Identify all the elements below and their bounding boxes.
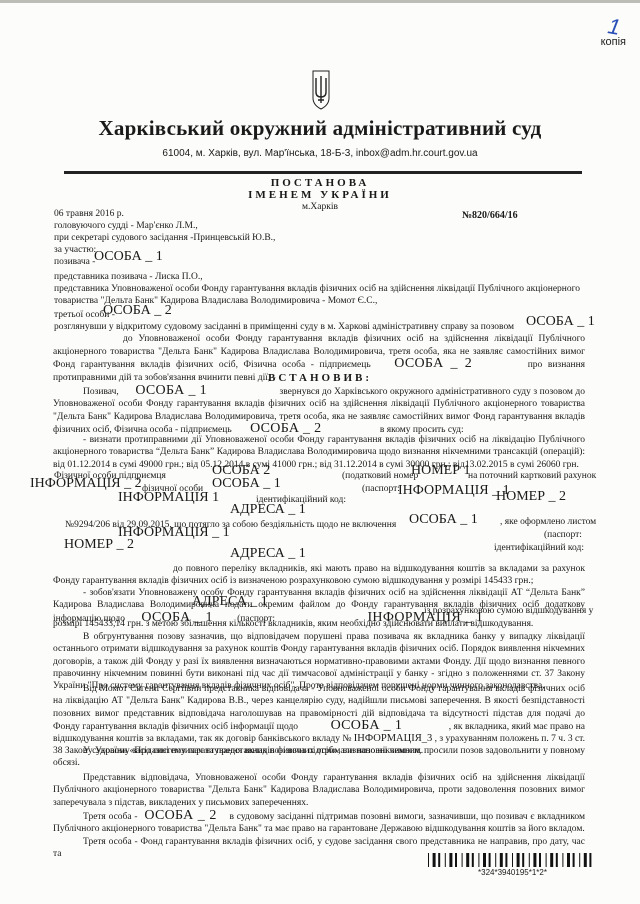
passport-label: (паспорт: — [362, 483, 400, 495]
plaintiff-mask: ОСОБА _ 1 — [94, 249, 163, 265]
id-label-2: ідентифікаційний код: — [494, 542, 584, 554]
p10-start: Третя особа - — [83, 812, 138, 822]
paragraph-amount: розмірі 145433,14 грн. з метою збільшенн… — [53, 618, 533, 630]
p1-start: Позивач, — [83, 387, 119, 397]
passport-label-2: (паспорт: — [544, 529, 582, 541]
paragraph-defendant-rep: Представник відповідача, Уповноваженої о… — [53, 772, 585, 809]
phys-mask: ОСОБА _ 1 — [212, 476, 281, 492]
paragraph-third-party: Третя особа - ОСОБА _ 2 в судовому засід… — [53, 810, 585, 836]
copy-label: копія — [601, 36, 626, 48]
info1-mask-b: ІНФОРМАЦІЯ 1 — [118, 490, 219, 506]
document-type: ПОСТАНОВА — [0, 177, 640, 189]
p4-addr-mask: АДРЕСА _ 1 — [192, 594, 268, 610]
info1-mask-c: ІНФОРМАЦІЯ _ 1 — [118, 525, 230, 541]
trident-emblem-icon — [312, 70, 330, 110]
header-divider — [64, 171, 582, 174]
established-heading: ВСТАНОВИВ: — [0, 372, 640, 384]
tax-mask: НОМЕР 1 — [411, 463, 471, 479]
p10-mask: ОСОБА _ 2 — [144, 808, 216, 823]
in-name-of-ukraine: ІМЕНЕМ УКРАЇНИ — [0, 189, 640, 201]
tax-label: (податковий номер — [342, 470, 418, 482]
paragraph-demand-1: - визнати протиправними дії Уповноважено… — [53, 434, 585, 471]
paragraph-plaintiff-support: У судовому засіданні позивач та представ… — [53, 745, 585, 770]
judge-line: головуючого судді - Мар'єнко Л.М., — [54, 220, 198, 232]
paragraph-claim: Позивач, ОСОБА _ 1 звернувся до Харківсь… — [53, 385, 585, 436]
addr-mask: АДРЕСА _ 1 — [230, 502, 306, 518]
document-page: 1 копія Харківський окружний адміністрат… — [0, 0, 640, 904]
secretary-line: при секретарі судового засідання -Принце… — [54, 232, 275, 244]
plaintiff-rep: представника позивача - Лиска П.О., — [54, 271, 203, 283]
participation-label: за участю: — [54, 244, 96, 256]
case-mask: ОСОБА _ 2 — [394, 356, 472, 371]
plaintiff-label: позивача - — [54, 256, 95, 268]
card-label: на поточний картковий рахунок — [468, 470, 596, 482]
paragraph-depositors: до повного переліку вкладників, які мают… — [53, 563, 585, 588]
considered-mask: ОСОБА _ 1 — [526, 314, 595, 330]
num2-mask: НОМЕР _ 2 — [496, 489, 566, 505]
case-number: №820/664/16 — [462, 210, 518, 221]
court-address: 61004, м. Харків, вул. Мар'їнська, 18-Б-… — [0, 148, 640, 159]
letter-text: №9294/206 від 29.09.2015, що потягло за … — [65, 519, 396, 531]
decision-date: 06 травня 2016 р. — [54, 208, 124, 220]
p1-mask: ОСОБА _ 1 — [135, 383, 207, 398]
p7-info3: ІНФОРМАЦІЯ_3 — [354, 733, 432, 744]
info1-mask-a: ІНФОРМАЦІЯ _ 1 — [398, 483, 510, 499]
considered-line: розглянувши у відкритому судовому засіда… — [54, 321, 514, 333]
letter-label: , яке оформлено листом — [500, 516, 596, 528]
barcode — [428, 853, 594, 867]
defendant-rep-1: представника Уповноваженої особи Фонду г… — [54, 283, 580, 295]
barcode-number: *324*3940195*1*2* — [478, 868, 547, 877]
p7-mask: ОСОБА _ 1 — [331, 718, 403, 733]
letter-mask: ОСОБА _ 1 — [409, 512, 478, 528]
case-body-text: до Уповноваженої особи Фонду гарантуванн… — [53, 334, 585, 370]
p4-sum: із розрахунковою сумою відшкодування у — [424, 605, 593, 617]
third-party-mask: ОСОБА _ 2 — [103, 303, 172, 319]
addr-mask-b: АДРЕСА _ 1 — [230, 546, 306, 562]
num2-mask-b: НОМЕР _ 2 — [64, 537, 134, 553]
scan-edge — [0, 0, 640, 3]
court-name: Харківський окружний адміністративний су… — [0, 116, 640, 141]
